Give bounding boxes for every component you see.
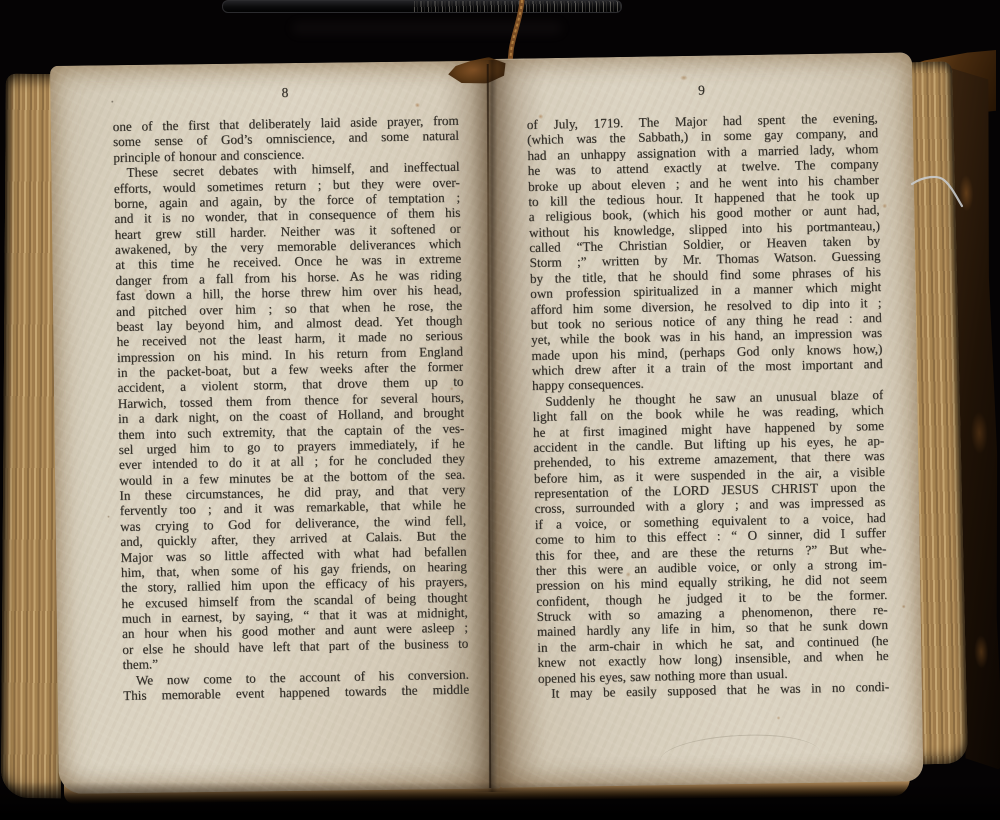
right-page-text: 9 of July, 1719. The Major had spent the… [526,79,889,701]
left-page-text: 8 one of the first that deliberately lai… [112,82,469,703]
right-text-lines: of July, 1719. The Major had spent the e… [527,110,890,701]
left-text-lines: one of the first that deliberately laid … [113,113,470,703]
loose-thread [906,168,970,212]
book-cradle-bar [222,0,622,13]
book-photograph: { "colors": { "background": "#050304", "… [0,0,1000,820]
